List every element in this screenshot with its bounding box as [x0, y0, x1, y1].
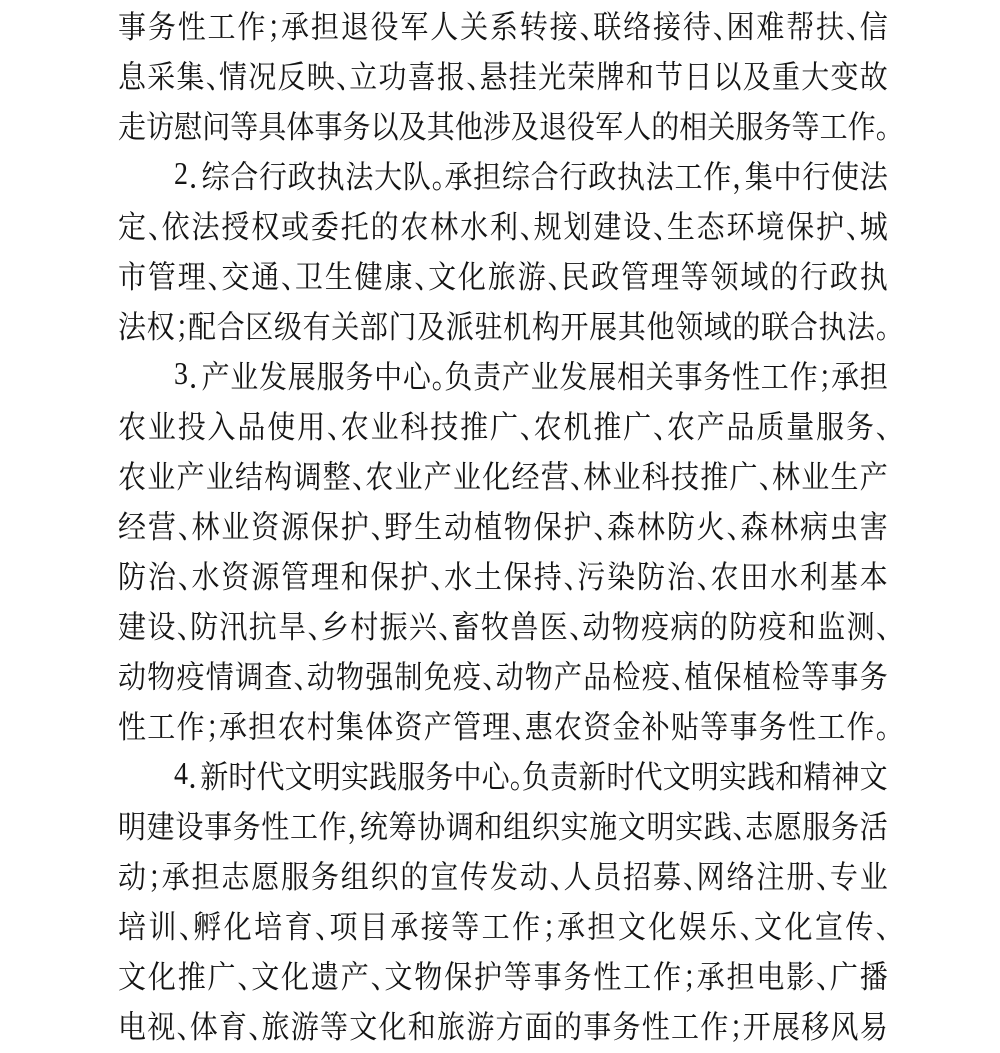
document-page: 事务性工作；承担退役军人关系转接、联络接待、困难帮扶、信息采集、情况反映、立功喜… — [0, 0, 1000, 1053]
text-line: 农业产业结构调整、农业产业化经营、林业科技推广、林业生产 — [118, 450, 888, 500]
paragraph-3: 3．产业发展服务中心。负责产业发展相关事务性工作；承担农业投入品使用、农业科技推… — [118, 350, 888, 750]
paragraph-2: 2．综合行政执法大队。承担综合行政执法工作，集中行使法定、依法授权或委托的农林水… — [118, 150, 888, 350]
text-line: 4．新时代文明实践服务中心。负责新时代文明实践和精神文 — [118, 750, 888, 800]
paragraph-4: 4．新时代文明实践服务中心。负责新时代文明实践和精神文明建设事务性工作，统筹协调… — [118, 750, 888, 1050]
text-line: 动；承担志愿服务组织的宣传发动、人员招募、网络注册、专业 — [118, 850, 888, 900]
text-line: 培训、孵化培育、项目承接等工作；承担文化娱乐、文化宣传、 — [118, 900, 888, 950]
text-line: 明建设事务性工作，统筹协调和组织实施文明实践、志愿服务活 — [118, 800, 888, 850]
text-line: 息采集、情况反映、立功喜报、悬挂光荣牌和节日以及重大变故 — [118, 50, 888, 100]
text-line: 农业投入品使用、农业科技推广、农机推广、农产品质量服务、 — [118, 400, 888, 450]
text-line: 性工作；承担农村集体资产管理、惠农资金补贴等事务性工作。 — [118, 700, 888, 750]
text-line: 2．综合行政执法大队。承担综合行政执法工作，集中行使法 — [118, 150, 888, 200]
text-line: 动物疫情调查、动物强制免疫、动物产品检疫、植保植检等事务 — [118, 650, 888, 700]
text-line: 3．产业发展服务中心。负责产业发展相关事务性工作；承担 — [118, 350, 888, 400]
text-line: 事务性工作；承担退役军人关系转接、联络接待、困难帮扶、信 — [118, 0, 888, 50]
text-line: 走访慰问等具体事务以及其他涉及退役军人的相关服务等工作。 — [118, 100, 888, 150]
text-line: 电视、体育、旅游等文化和旅游方面的事务性工作；开展移风易 — [118, 1000, 888, 1050]
text-line: 法权；配合区级有关部门及派驻机构开展其他领域的联合执法。 — [118, 300, 888, 350]
paragraph-1: 事务性工作；承担退役军人关系转接、联络接待、困难帮扶、信息采集、情况反映、立功喜… — [118, 0, 888, 150]
text-line: 经营、林业资源保护、野生动植物保护、森林防火、森林病虫害 — [118, 500, 888, 550]
text-line: 防治、水资源管理和保护、水土保持、污染防治、农田水利基本 — [118, 550, 888, 600]
text-line: 文化推广、文化遗产、文物保护等事务性工作；承担电影、广播 — [118, 950, 888, 1000]
text-line: 市管理、交通、卫生健康、文化旅游、民政管理等领域的行政执 — [118, 250, 888, 300]
document-text-column: 事务性工作；承担退役军人关系转接、联络接待、困难帮扶、信息采集、情况反映、立功喜… — [118, 0, 888, 1050]
text-line: 建设、防汛抗旱、乡村振兴、畜牧兽医、动物疫病的防疫和监测、 — [118, 600, 888, 650]
text-line: 定、依法授权或委托的农林水利、规划建设、生态环境保护、城 — [118, 200, 888, 250]
